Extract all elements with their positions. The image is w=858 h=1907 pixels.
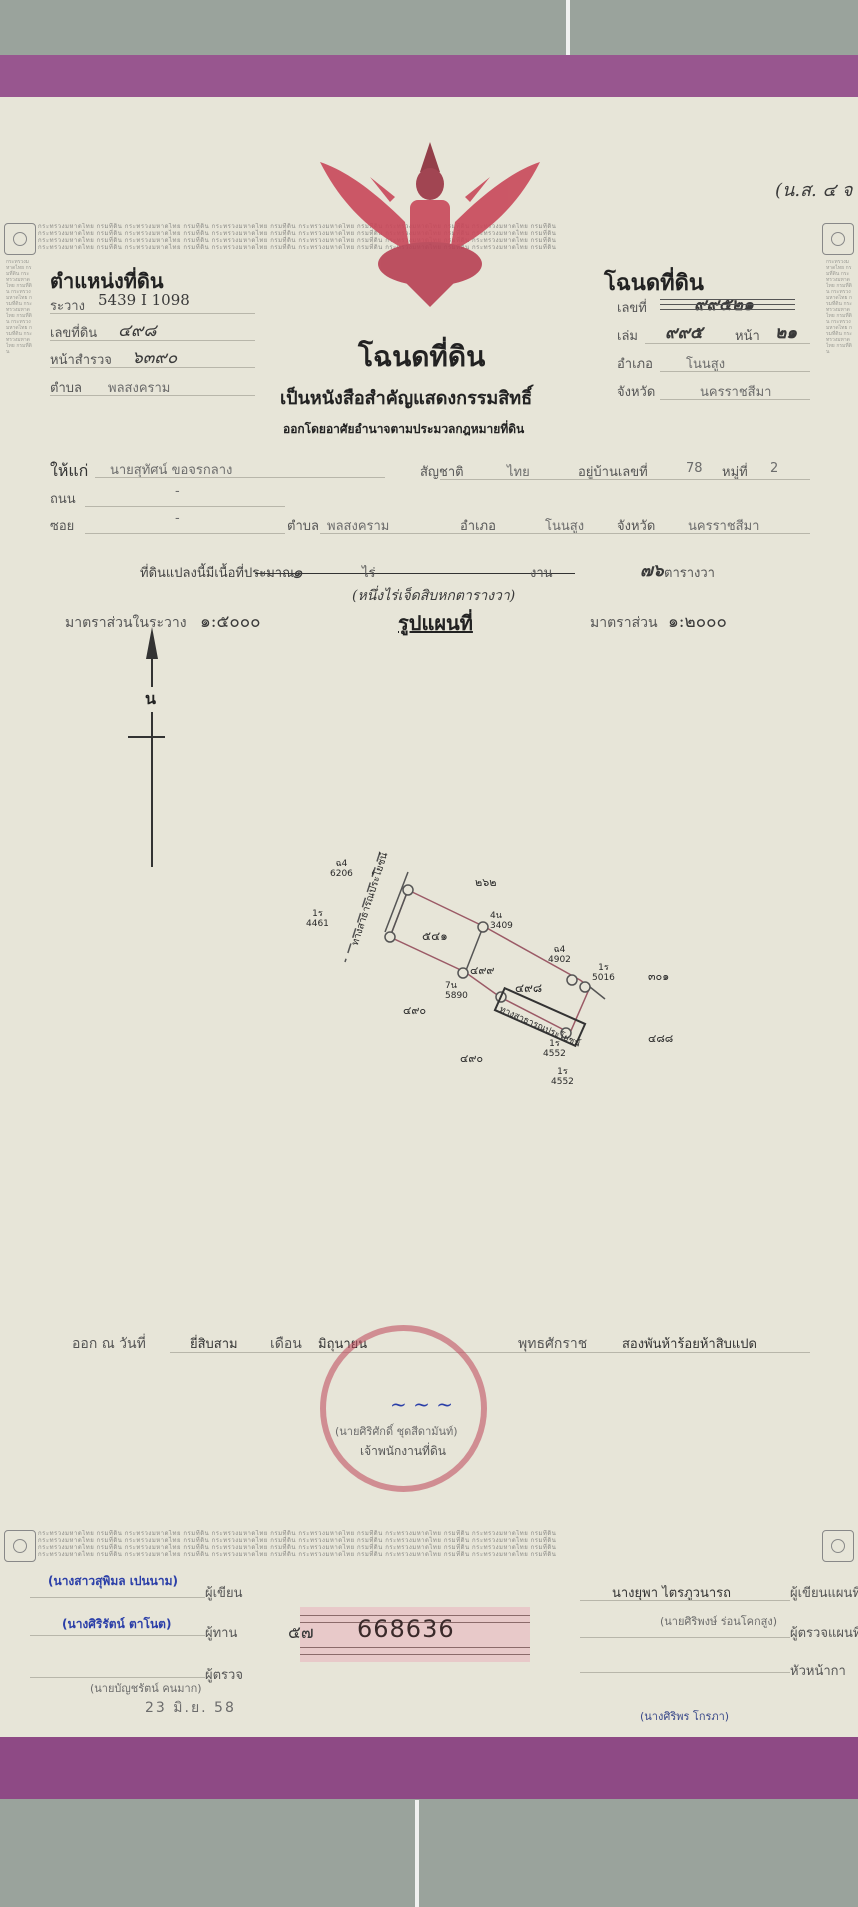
volume-value: ๙๙๕: [665, 319, 703, 346]
mark-nw: ฉ4 6206: [330, 859, 353, 879]
parcel-490: ๔๙๐: [403, 1001, 426, 1019]
soi-value: -: [175, 511, 180, 526]
security-pattern-bottom: กระทรวงมหาดไทย กรมที่ดิน กระทรวงมหาดไทย …: [38, 1530, 828, 1560]
security-pattern-right: กระทรวงมหาดไทย กรมที่ดิน กระทรวงมหาดไทย …: [826, 259, 852, 1525]
sheet-scale-value: ๑:๕๐๐๐: [200, 608, 261, 635]
officer-signature: ~ ~ ~: [390, 1392, 453, 1416]
parcel-301: ๓๐๑: [648, 967, 669, 985]
map-checker-role: ผู้ตรวจแผนที่: [790, 1622, 858, 1643]
mark-s2: 1ร 4552: [551, 1067, 574, 1087]
map-title: รูปแผนที่: [398, 607, 473, 639]
security-pattern-left: กระทรวงมหาดไทย กรมที่ดิน กระทรวงมหาดไทย …: [6, 259, 32, 1525]
parcel-498: ๔๙๘: [515, 979, 542, 998]
map-scale-label: มาตราส่วน: [590, 612, 658, 634]
road-label: ถนน: [50, 488, 76, 509]
deed-title: โฉนดที่ดิน: [358, 335, 485, 379]
checker-role: ผู้ตรวจ: [205, 1664, 243, 1685]
form-code: (น.ส. ๔ จ: [775, 175, 852, 204]
deed-number-label: เลขที่: [617, 297, 647, 318]
date-stamp: 23 มิ.ย. 58: [145, 1697, 236, 1719]
area-in-words: (หนึ่งไร่เจ็ดสิบหกตารางวา): [352, 585, 515, 607]
top-sleeve-band: [0, 55, 858, 97]
mark-e1: ฉ4 4902: [548, 945, 571, 965]
reader-name: (นางศิริรัตน์ ตาโนต): [62, 1615, 171, 1634]
officer-name: (นายศิริศักดิ์ ชุดสีดามันท์): [335, 1422, 458, 1440]
mark-w: 1ร 4461: [306, 909, 329, 929]
serial-prefix: ๕๗: [288, 1619, 314, 1646]
area-rai-value: ๑: [292, 559, 303, 586]
parcel-488: ๔๘๘: [648, 1029, 673, 1047]
parcel-262: ๒๖๒: [475, 873, 496, 891]
area-wa-unit: ตารางวา: [664, 562, 715, 583]
page-value: ๒๑: [775, 319, 797, 346]
bottom-sleeve-band: [0, 1737, 858, 1799]
province-label: จังหวัด: [617, 381, 655, 402]
soi-label: ซอย: [50, 515, 74, 536]
north-label: น: [145, 687, 156, 712]
reader-role: ผู้ทาน: [205, 1622, 237, 1643]
mark-e2: 1ร 5016: [592, 963, 615, 983]
serial-number: 668636: [357, 1615, 455, 1643]
mark-s1: 1ร 4552: [543, 1039, 566, 1059]
background-streak: [415, 1800, 419, 1907]
issued-to-label: ให้แก่: [50, 459, 88, 484]
head-name: (นางศิริพร โกรภา): [640, 1707, 729, 1725]
deed-info-heading: โฉนดที่ดิน: [604, 265, 704, 300]
village-value: 2: [770, 461, 778, 476]
deed-authority-line: ออกโดยอาศัยอำนาจตามประมวลกฎหมายที่ดิน: [283, 420, 524, 439]
corner-ornament: [4, 223, 36, 255]
area-ngan-unit: งาน: [530, 562, 553, 583]
checker-name: (นายบัญชรัตน์ คนมาก): [90, 1679, 202, 1697]
writer-name: (นางสาวสุพิมล เปนนาม): [48, 1572, 178, 1591]
north-arrow-icon: [125, 617, 165, 877]
parcel-490b: ๔๙๐: [460, 1049, 483, 1067]
background-streak: [566, 0, 570, 60]
road-value: -: [175, 484, 180, 499]
month-label: เดือน: [270, 1333, 302, 1355]
parcel-499: ๔๙๙: [470, 961, 494, 979]
mark-4n: 4น 3409: [490, 911, 513, 931]
corner-ornament: [822, 223, 854, 255]
officer-title: เจ้าพนักงานที่ดิน: [360, 1442, 446, 1461]
volume-label: เล่ม: [617, 325, 638, 346]
map-checker-name: (นายศิริพงษ์ ร่อนโคกสูง): [660, 1612, 777, 1630]
writer-role: ผู้เขียน: [205, 1582, 242, 1603]
issue-year: สองพันห้าร้อยห้าสิบแปด: [622, 1333, 757, 1354]
year-label: พุทธศักราช: [518, 1333, 587, 1355]
issued-on-label: ออก ณ วันที่: [72, 1333, 146, 1355]
deed-subtitle: เป็นหนังสือสำคัญแสดงกรรมสิทธิ์: [280, 383, 532, 412]
corner-ornament: [4, 1530, 36, 1562]
house-number-value: 78: [686, 461, 703, 476]
parcel-541: ๕๔๑: [422, 927, 448, 946]
garuda-emblem-icon: [310, 142, 550, 312]
issue-day: ยี่สิบสาม: [190, 1333, 238, 1354]
corner-ornament: [822, 1530, 854, 1562]
sheet-value: 5439 I 1098: [98, 291, 190, 309]
map-writer-role: ผู้เขียนแผนที่: [790, 1582, 858, 1603]
owner-subdistrict-label: ตำบล: [287, 515, 319, 536]
area-wa-value: ๗๖: [640, 557, 664, 584]
head-role: หัวหน้ากา: [790, 1660, 846, 1681]
area-rai-unit: ไร่: [362, 562, 376, 583]
district-label: อำเภอ: [617, 353, 653, 374]
map-scale-value: ๑:๒๐๐๐: [668, 608, 727, 635]
mark-7n: 7น 5890: [445, 981, 468, 1001]
deed-paper: (น.ส. ๔ จ กระทรวงมหาดไทย กรมที่ดิน กระทร…: [0, 97, 858, 1737]
